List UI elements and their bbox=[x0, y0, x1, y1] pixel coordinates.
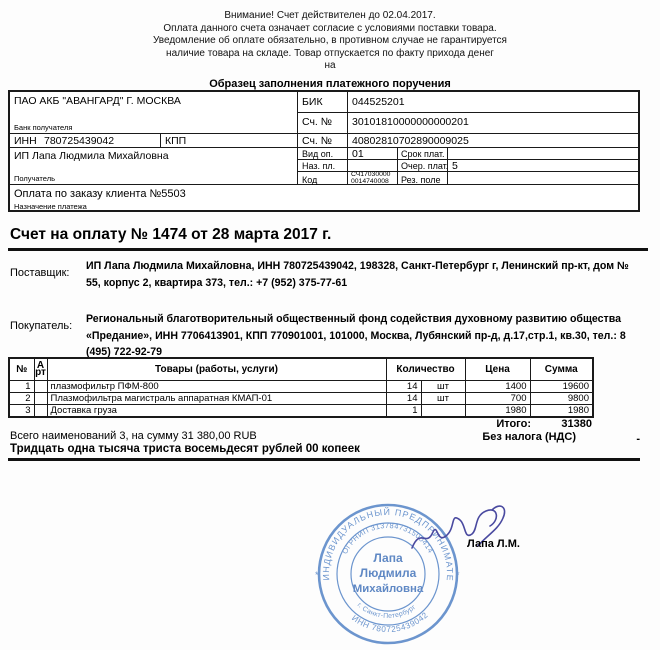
item-name: Плазмофильтра магистраль аппаратная КМАП… bbox=[47, 392, 386, 404]
recipient-name: ИП Лапа Людмила Михайловна bbox=[14, 150, 169, 162]
bank-name: ПАО АКБ "АВАНГАРД" Г. МОСКВА bbox=[14, 95, 181, 107]
vid-op-value: 01 bbox=[352, 148, 364, 160]
col-header-num: № bbox=[9, 358, 34, 380]
ocher-plat-label: Очер. плат. bbox=[401, 161, 448, 171]
supplier-value: ИП Лапа Людмила Михайловна, ИНН 78072543… bbox=[86, 258, 642, 291]
warning-line: Оплата данного счета означает согласие с… bbox=[0, 23, 660, 36]
divider bbox=[297, 171, 638, 172]
signer-name: Лапа Л.М. bbox=[467, 538, 520, 550]
stamp-name-line1: Лапа bbox=[373, 551, 403, 565]
warning-line: Уведомление об оплате обязательно, в про… bbox=[0, 35, 660, 48]
divider bbox=[297, 112, 638, 113]
bank-requisites-table: ПАО АКБ "АВАНГАРД" Г. МОСКВА Банк получа… bbox=[8, 90, 640, 212]
inn-label: ИНН bbox=[14, 135, 37, 147]
invoice-title: Счет на оплату № 1474 от 28 марта 2017 г… bbox=[10, 226, 331, 244]
supplier-block: Поставщик: ИП Лапа Людмила Михайловна, И… bbox=[10, 258, 642, 291]
stamp-star-left: * bbox=[315, 570, 319, 580]
signature-scribble bbox=[408, 498, 518, 560]
payment-purpose-label: Назначение платежа bbox=[14, 202, 87, 211]
col-header-name: Товары (работы, услуги) bbox=[47, 358, 386, 380]
item-sum: 19600 bbox=[530, 380, 593, 392]
kod-value-line2: 0014740008 bbox=[351, 179, 390, 186]
item-sum: 9800 bbox=[530, 392, 593, 404]
item-art bbox=[34, 380, 47, 392]
col-header-art-line2: рт bbox=[35, 369, 47, 377]
srok-plat-label: Срок плат. bbox=[401, 149, 445, 159]
bik-value: 044525201 bbox=[352, 96, 405, 108]
table-row: 2 Плазмофильтра магистраль аппаратная КМ… bbox=[9, 392, 593, 404]
vid-op-label: Вид оп. bbox=[302, 149, 333, 159]
itogo-value: 31380 bbox=[530, 418, 592, 430]
divider bbox=[160, 133, 161, 147]
warning-line: Внимание! Счет действителен до 02.04.201… bbox=[0, 10, 660, 23]
divider bbox=[8, 458, 640, 461]
item-unit bbox=[421, 404, 465, 417]
item-num: 3 bbox=[9, 404, 34, 417]
inn-value: 780725439042 bbox=[44, 135, 114, 147]
col-header-qty: Количество bbox=[386, 358, 465, 380]
bik-label: БИК bbox=[302, 96, 323, 108]
buyer-block: Покупатель: Региональный благотворительн… bbox=[10, 311, 642, 360]
item-num: 2 bbox=[9, 392, 34, 404]
ocher-plat-value: 5 bbox=[452, 160, 458, 172]
account-label: Сч. № bbox=[302, 135, 332, 147]
item-price: 1400 bbox=[465, 380, 530, 392]
no-tax-value: - bbox=[610, 433, 640, 445]
col-header-art: А рт bbox=[34, 358, 47, 380]
naz-pl-label: Наз. пл. bbox=[302, 161, 335, 171]
table-row: 3 Доставка груза 1 1980 1980 bbox=[9, 404, 593, 417]
divider bbox=[8, 248, 648, 251]
stamp-name-line2: Людмила bbox=[360, 566, 417, 580]
itogo-label: Итого: bbox=[450, 418, 531, 430]
warning-line: на bbox=[0, 60, 660, 73]
kpp-label: КПП bbox=[165, 135, 186, 147]
stamp-name-line3: Михайловна bbox=[353, 583, 424, 595]
table-row: 1 плазмофильтр ПФМ-800 14 шт 1400 19600 bbox=[9, 380, 593, 392]
item-price: 1980 bbox=[465, 404, 530, 417]
item-art bbox=[34, 392, 47, 404]
divider bbox=[10, 184, 638, 185]
item-name: Доставка груза bbox=[47, 404, 386, 417]
item-unit: шт bbox=[421, 380, 465, 392]
warning-block: Внимание! Счет действителен до 02.04.201… bbox=[0, 10, 660, 73]
warning-line: наличие товара на складе. Товар отпускае… bbox=[0, 48, 660, 61]
col-header-sum: Сумма bbox=[530, 358, 593, 380]
buyer-value: Региональный благотворительный обществен… bbox=[86, 311, 642, 360]
item-unit: шт bbox=[421, 392, 465, 404]
account-value: 40802810702890009025 bbox=[352, 135, 469, 147]
item-num: 1 bbox=[9, 380, 34, 392]
buyer-label: Покупатель: bbox=[10, 311, 86, 360]
item-qty: 14 bbox=[386, 380, 421, 392]
item-price: 700 bbox=[465, 392, 530, 404]
no-tax-label: Без налога (НДС) bbox=[450, 431, 576, 443]
item-sum: 1980 bbox=[530, 404, 593, 417]
recipient-label: Получатель bbox=[14, 174, 55, 183]
item-qty: 14 bbox=[386, 392, 421, 404]
payment-order-heading: Образец заполнения платежного поручения bbox=[0, 78, 660, 90]
invoice-document: Внимание! Счет действителен до 02.04.201… bbox=[0, 0, 660, 650]
stamp-star-right: * bbox=[456, 570, 460, 580]
amount-in-words: Тридцать одна тысяча триста восемьдесят … bbox=[10, 443, 360, 455]
col-header-price: Цена bbox=[465, 358, 530, 380]
payment-purpose: Оплата по заказу клиента №5503 bbox=[14, 188, 186, 200]
total-count-line: Всего наименований 3, на сумму 31 380,00… bbox=[10, 430, 257, 442]
item-name: плазмофильтр ПФМ-800 bbox=[47, 380, 386, 392]
item-qty: 1 bbox=[386, 404, 421, 417]
bank-label: Банк получателя bbox=[14, 123, 72, 132]
corr-account-label: Сч. № bbox=[302, 116, 332, 128]
divider bbox=[397, 147, 398, 184]
items-header-row: № А рт Товары (работы, услуги) Количеств… bbox=[9, 358, 593, 380]
corr-account-value: 30101810000000000201 bbox=[352, 116, 469, 128]
divider bbox=[297, 159, 638, 160]
supplier-label: Поставщик: bbox=[10, 258, 86, 291]
item-art bbox=[34, 404, 47, 417]
kod-label: Код bbox=[302, 175, 317, 185]
rez-pole-label: Рез. поле bbox=[401, 175, 440, 185]
items-table: № А рт Товары (работы, услуги) Количеств… bbox=[8, 357, 594, 418]
